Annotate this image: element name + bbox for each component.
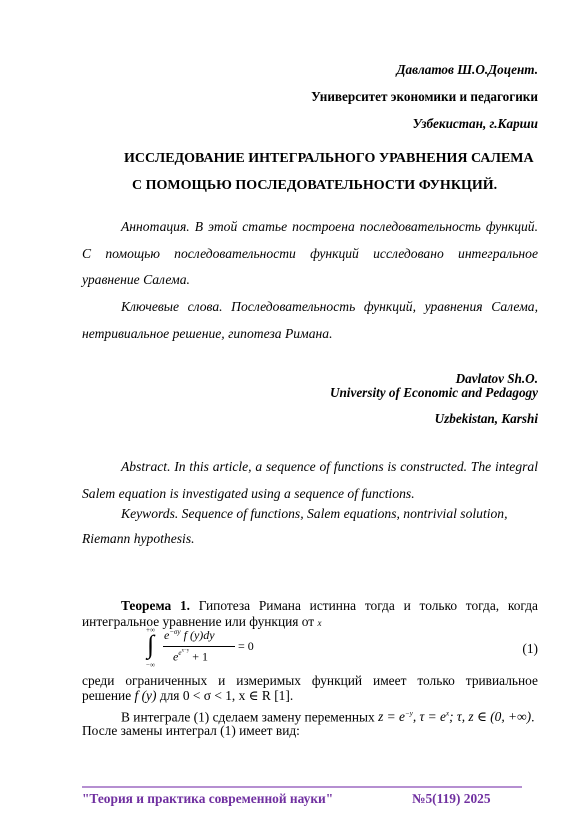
- theorem-var-x: x: [318, 618, 322, 628]
- keywords-en-line-1: Keywords. Sequence of functions, Salem e…: [121, 506, 508, 522]
- annotation-ru: Аннотация. В этой статье построена после…: [82, 214, 538, 294]
- keywords-en-line-2: Riemann hypothesis.: [82, 531, 195, 547]
- after-formula-line-4: После замены интеграл (1) имеет вид:: [82, 723, 538, 739]
- location-en: Uzbekistan, Karshi: [435, 411, 538, 427]
- footer-divider: [82, 786, 522, 788]
- affiliation-ru: Университет экономики и педагогики: [311, 89, 538, 105]
- document-page: Давлатов Ш.О.Доцент. Университет экономи…: [0, 0, 580, 820]
- footer-issue: №5(119) 2025: [412, 791, 491, 807]
- equation-number: (1): [522, 641, 538, 657]
- theorem-label: Теорема 1.: [121, 598, 190, 613]
- integral-sign-icon: ∫: [147, 632, 154, 658]
- equation-rhs: = 0: [238, 639, 254, 654]
- after-formula-line-1: среди ограниченных и измеримых функций и…: [82, 673, 538, 689]
- fraction-line: [163, 646, 235, 647]
- function-f-y: f (y): [135, 688, 157, 703]
- after-formula-line-2: решение f (y) для 0 < σ < 1, x ∈ R [1].: [82, 688, 538, 704]
- lower-limit: −∞: [146, 661, 155, 669]
- footer-journal-name: "Теория и практика современной науки": [82, 791, 333, 807]
- numerator: e−σy f (y)dy: [164, 628, 215, 643]
- integral-equation: +∞ ∫ −∞ e−σy f (y)dy eex−y + 1 = 0: [143, 626, 283, 670]
- affiliation-en: University of Economic and Pedagogy: [330, 385, 538, 401]
- keywords-ru: Ключевые слова. Последовательность функц…: [82, 294, 538, 347]
- denominator: eex−y + 1: [173, 649, 208, 664]
- author-ru: Давлатов Ш.О.Доцент.: [396, 62, 538, 78]
- abstract-en: Abstract. In this article, a sequence of…: [82, 454, 538, 507]
- location-ru: Узбекистан, г.Карши: [413, 116, 538, 132]
- title-line-2: С ПОМОЩЬЮ ПОСЛЕДОВАТЕЛЬНОСТИ ФУНКЦИЙ.: [132, 178, 497, 194]
- title-line-1: ИССЛЕДОВАНИЕ ИНТЕГРАЛЬНОГО УРАВНЕНИЯ САЛ…: [124, 151, 534, 167]
- citation-link[interactable]: [1].: [274, 688, 293, 703]
